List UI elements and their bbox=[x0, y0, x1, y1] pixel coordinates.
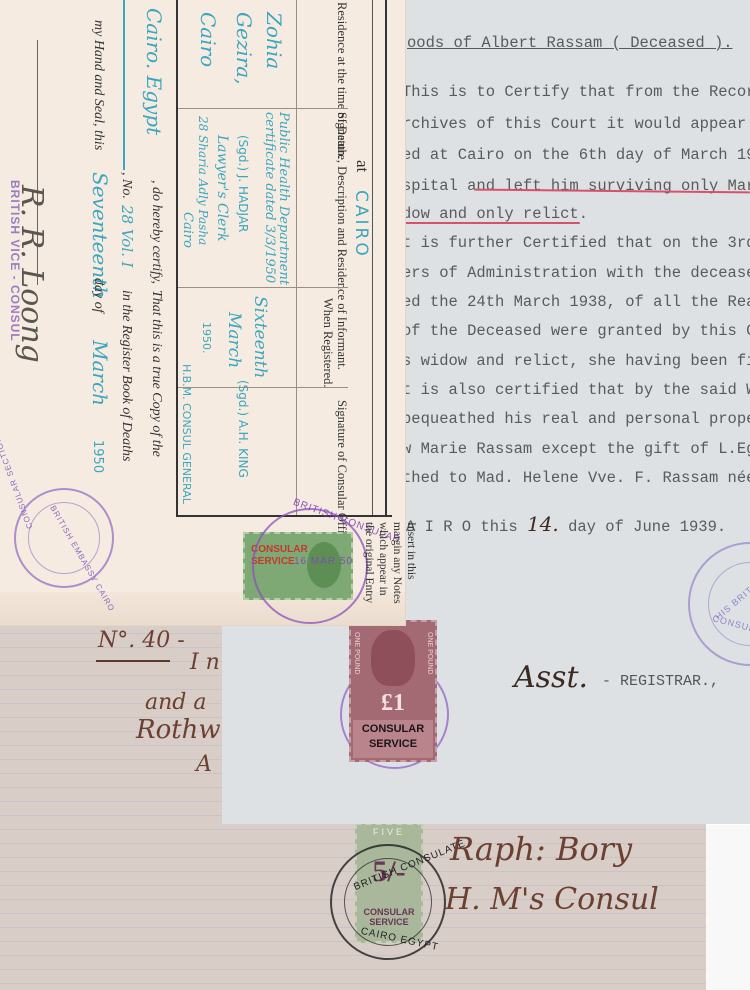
place-heading: at bbox=[352, 160, 372, 172]
registered-entry: March bbox=[224, 312, 244, 368]
typed-line: ed the 24th March 1938, of all the Real bbox=[402, 293, 750, 311]
registered-entry: 1950. bbox=[200, 322, 213, 354]
register-number-underline bbox=[96, 660, 170, 662]
certify-text: my Hand and Seal, this bbox=[90, 20, 106, 150]
registered-entry: Sixteenth bbox=[250, 296, 270, 378]
seal-bottom-text: CONSULAR COURT FOR EGYPT bbox=[711, 613, 750, 665]
typed-line: bequeathed his real and personal propert bbox=[402, 410, 750, 428]
certify-text: That this is a true Copy of the bbox=[148, 290, 164, 457]
dated-line: A I R O this 14. day of June 1939. bbox=[406, 512, 726, 536]
handwritten-line: and a bbox=[145, 690, 206, 715]
certificate-title: oods of Albert Rassam ( Deceased ). bbox=[407, 34, 733, 52]
certify-text: , do hereby certify, bbox=[148, 180, 164, 284]
consular-court-seal: HIS BRITANNIC MAJESTY'S CONSULAR COURT F… bbox=[688, 542, 750, 666]
red-underline bbox=[402, 222, 580, 224]
typed-line: dow and only relict. bbox=[402, 205, 588, 223]
informant-entry: Public Health Department bbox=[276, 112, 291, 285]
king-portrait-icon bbox=[371, 630, 415, 686]
typed-line: of the Deceased were granted by this Cou bbox=[402, 322, 750, 340]
residence-entry: Gezira, bbox=[232, 12, 256, 85]
british-embassy-seal: BRITISH EMBASSY CAIRO CONSULAR SECTION bbox=[14, 488, 114, 588]
certify-text: in the Register Book of Deaths bbox=[118, 290, 134, 461]
cancel-bottom-text: CAIRO EGYPT bbox=[360, 926, 440, 953]
insert-note: Insert in this margin any Notes which ap… bbox=[362, 522, 418, 604]
background-edge bbox=[706, 825, 750, 990]
registrar-label: - REGISTRAR., bbox=[602, 673, 719, 690]
handwritten-line: A bbox=[196, 752, 212, 777]
consul-title: H. M's Consul bbox=[445, 882, 659, 917]
registrar-prefix: Asst. bbox=[514, 660, 588, 695]
typed-line: w Marie Rassam except the gift of L.Eg. bbox=[402, 440, 750, 458]
seal-bottom-text: CONSULAR SECTION bbox=[0, 435, 34, 530]
vice-consul-label: BRITISH VICE - CONSUL bbox=[8, 180, 22, 342]
typed-line: t is further Certified that on the 3rd bbox=[402, 234, 750, 252]
column-divider bbox=[296, 0, 297, 515]
consular-officer-entry: H.B.M. CONSUL GENERAL bbox=[180, 364, 193, 504]
british-consulate-cancel-stamp: BRITISH CONSULATE CAIRO EGYPT bbox=[330, 844, 446, 960]
residence-entry: Zohia bbox=[262, 12, 286, 69]
month-ink: March bbox=[88, 340, 112, 406]
year-ink: 1950 bbox=[90, 440, 105, 473]
residence-entry: Cairo bbox=[196, 12, 220, 67]
informant-entry: certificate dated 3/3/1950 bbox=[262, 112, 277, 283]
certify-text: , No. bbox=[118, 172, 134, 199]
seal-top-text: HIS BRITANNIC MAJESTY'S bbox=[713, 524, 750, 622]
stamp-label: CONSULAR SERVICE bbox=[353, 720, 433, 758]
stamp-side-text: ONE POUND bbox=[353, 632, 360, 674]
typed-line: ed at Cairo on the 6th day of March 193 bbox=[402, 146, 750, 164]
typed-line: thed to Mad. Helene Vve. F. Rassam née bbox=[402, 469, 750, 487]
table-border bbox=[372, 0, 373, 515]
death-certificate-copy: at CAIRO Residence at the time of Death.… bbox=[0, 0, 405, 625]
stamp-denomination: FIVE bbox=[357, 827, 421, 837]
consular-officer-entry: (Sgd.) A.H. KING bbox=[236, 380, 250, 478]
informant-entry: Lawyer's Clerk bbox=[214, 135, 230, 242]
blank-line bbox=[123, 0, 125, 170]
typed-line: s widow and relict, she having been fir bbox=[402, 352, 750, 370]
row-divider bbox=[178, 387, 348, 388]
typed-line: ers of Administration with the deceased bbox=[402, 264, 750, 282]
column-header-consular-officer: Signature of Consular Officer. bbox=[318, 400, 348, 510]
column-header-informant: Signature, Description and Residence of … bbox=[318, 112, 348, 282]
british-consular-cancel: BRITISH CONSULAR 16 MAR 50 bbox=[252, 508, 368, 624]
informant-entry: (Sgd.) J. HADJAR bbox=[236, 135, 250, 232]
row-divider bbox=[178, 108, 348, 109]
cancel-date: 16 MAR 50 bbox=[294, 556, 353, 567]
register-number-ink: 28 Vol. I bbox=[118, 205, 136, 268]
typed-line: rchives of this Court it would appear th bbox=[402, 115, 750, 133]
place-heading-ink: CAIRO bbox=[351, 190, 371, 259]
handwritten-day: 14. bbox=[527, 512, 559, 536]
certify-text: day of bbox=[90, 278, 106, 313]
typed-line: t is also certified that by the said Wi bbox=[402, 381, 750, 399]
informant-entry: Cairo bbox=[180, 212, 195, 248]
register-number: N°. 40 - bbox=[98, 628, 185, 653]
stamp-value: £1 bbox=[351, 690, 435, 717]
table-border bbox=[385, 0, 387, 515]
row-divider bbox=[178, 287, 348, 288]
stamp-side-text: ONE POUND bbox=[426, 632, 433, 674]
consul-signature: Raph: Bory bbox=[450, 830, 632, 868]
handwritten-line: I n bbox=[190, 650, 220, 675]
column-header-residence: Residence at the time of Death. bbox=[318, 2, 348, 107]
handwritten-line: Rothw bbox=[136, 715, 221, 745]
typed-line: This is to Certify that from the Records bbox=[402, 83, 750, 101]
informant-entry: 28 Sharia Adly Pasha bbox=[196, 116, 210, 245]
certify-place: Cairo. Egypt bbox=[142, 8, 166, 135]
one-pound-consular-stamp: ONE POUND ONE POUND £1 CONSULAR SERVICE bbox=[349, 620, 437, 762]
column-header-registered: When Registered. bbox=[320, 298, 335, 388]
